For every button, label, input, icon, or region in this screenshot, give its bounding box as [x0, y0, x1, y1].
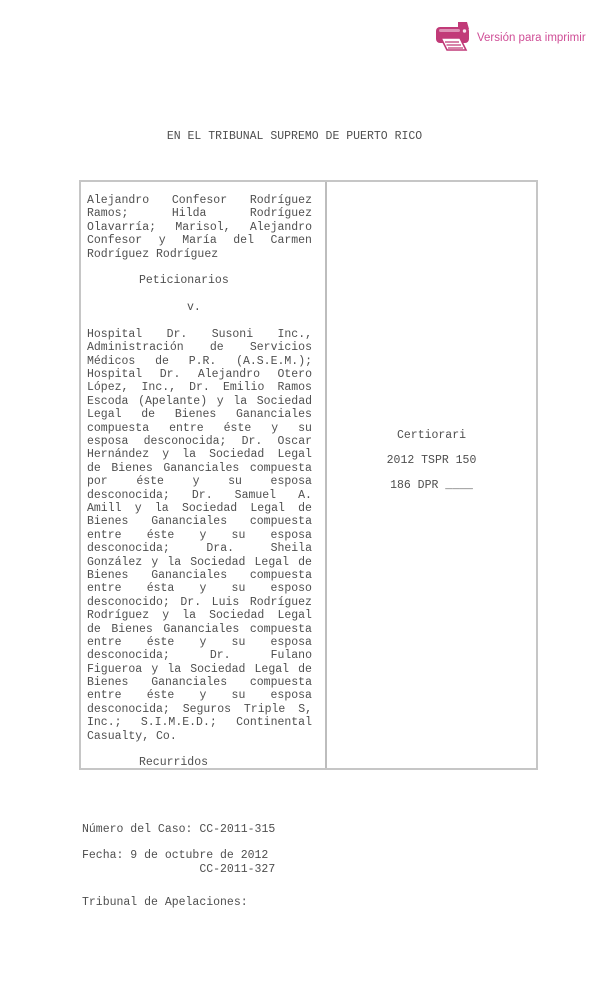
tspr-citation: 2012 TSPR 150 [387, 448, 477, 473]
caption-line: BienesGanancialescompuesta [87, 676, 312, 689]
caption-line: HospitalDr.SusoniInc., [87, 328, 312, 341]
caption-line: Casualty, Co. [87, 730, 312, 743]
print-version-label: Versión para imprimir [477, 32, 586, 44]
caption-line: LegaldeBienesGananciales [87, 408, 312, 421]
caption-line: RodríguezylaSociedadLegal [87, 609, 312, 622]
caption-line: HernándezylaSociedadLegal [87, 448, 312, 461]
court-title: EN EL TRIBUNAL SUPREMO DE PUERTO RICO [0, 130, 589, 143]
versus-label: v. [87, 301, 312, 314]
caption-line: Olavarría;Marisol,Alejandro [87, 221, 312, 234]
case-number-block: Número del Caso: CC-2011-315 CC-2011-327 [82, 796, 275, 890]
respondents-role-label: Recurridos [87, 756, 312, 769]
date-line: Fecha: 9 de octubre de 2012 [82, 849, 268, 862]
caption-line: GonzálezylaSociedadLegalde [87, 556, 312, 569]
printer-icon [435, 21, 471, 55]
case-number-value-1: CC-2011-315 [199, 823, 275, 836]
parties-cell: AlejandroConfesorRodríguezRamos;HildaRod… [81, 182, 327, 768]
caption-line: López,Inc.,Dr.EmilioRamos [87, 381, 312, 394]
caption-line: FigueroaylaSociedadLegalde [87, 663, 312, 676]
caption-line: entreésteysuesposa [87, 636, 312, 649]
dpr-citation: 186 DPR ____ [390, 473, 473, 498]
caption-line: desconocida;Dr.Fulano [87, 649, 312, 662]
respondents-names: HospitalDr.SusoniInc.,AdministracióndeSe… [87, 328, 312, 743]
caption-line: Rodríguez Rodríguez [87, 248, 312, 261]
appeals-court-line: Tribunal de Apelaciones: [82, 896, 248, 909]
caption-line: AmillylaSociedadLegalde [87, 502, 312, 515]
case-number-value-2: CC-2011-327 [82, 863, 275, 876]
caption-line: esposadesconocida;Dr.Oscar [87, 435, 312, 448]
caption-line: HospitalDr.AlejandroOtero [87, 368, 312, 381]
caption-line: ConfesoryMaríadelCarmen [87, 234, 312, 247]
case-number-label: Número del Caso: [82, 823, 192, 836]
case-type-label: Certiorari [397, 423, 466, 448]
caption-line: entreésteysuesposa [87, 689, 312, 702]
case-caption-table: AlejandroConfesorRodríguezRamos;HildaRod… [79, 180, 538, 770]
caption-line: MédicosdeP.R.(A.S.E.M.); [87, 355, 312, 368]
caption-line: deBienesGanancialescompuesta [87, 462, 312, 475]
caption-line: desconocida;SegurosTripleS, [87, 703, 312, 716]
caption-line: Inc.;S.I.M.E.D.;Continental [87, 716, 312, 729]
caption-line: BienesGanancialescompuesta [87, 515, 312, 528]
caption-line: porésteysuesposa [87, 475, 312, 488]
caption-line: desconocida;Dra.Sheila [87, 542, 312, 555]
print-version-link[interactable]: Versión para imprimir [435, 21, 586, 55]
caption-line: entreéstaysuesposo [87, 582, 312, 595]
caption-line: BienesGanancialescompuesta [87, 569, 312, 582]
caption-line: desconocida;Dr.SamuelA. [87, 489, 312, 502]
caption-line: entreésteysuesposa [87, 529, 312, 542]
petitioners-role-label: Peticionarios [87, 274, 312, 287]
caption-line: AlejandroConfesorRodríguez [87, 194, 312, 207]
caption-line: Escoda(Apelante)ylaSociedad [87, 395, 312, 408]
caption-line: compuestaentreésteysu [87, 422, 312, 435]
case-number-line-1: Número del Caso: CC-2011-315 [82, 823, 275, 836]
caption-line: AdministracióndeServicios [87, 341, 312, 354]
caption-line: Ramos;HildaRodríguez [87, 207, 312, 220]
case-reference-cell: Certiorari 2012 TSPR 150 186 DPR ____ [327, 182, 536, 768]
petitioners-names: AlejandroConfesorRodríguezRamos;HildaRod… [87, 194, 312, 261]
caption-line: deBienesGanancialescompuesta [87, 623, 312, 636]
caption-line: desconocido;Dr.LuisRodríguez [87, 596, 312, 609]
